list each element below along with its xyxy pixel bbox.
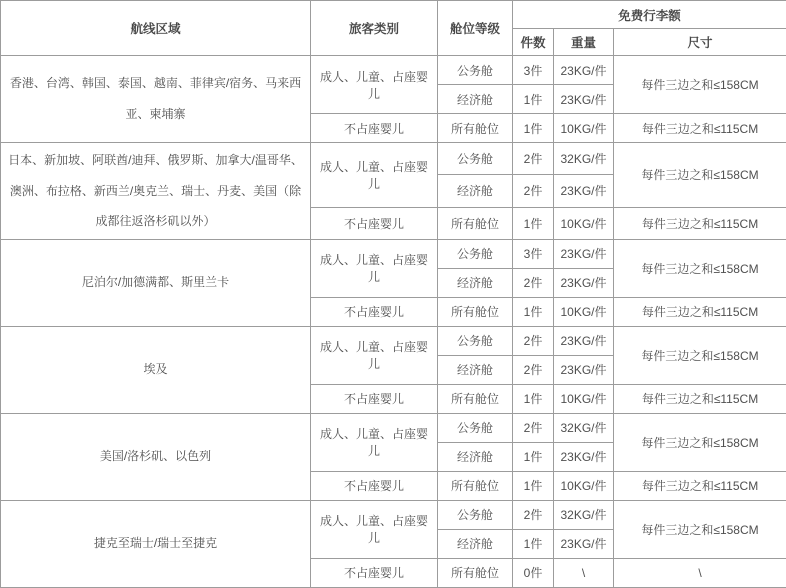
cabin-cell: 公务舱 <box>438 56 513 85</box>
region-cell: 尼泊尔/加德满都、斯里兰卡 <box>1 239 311 326</box>
weight-cell: 23KG/件 <box>554 85 614 114</box>
weight-cell: 10KG/件 <box>554 207 614 239</box>
table-row: 尼泊尔/加德满都、斯里兰卡 成人、儿童、占座婴儿 公务舱 3件 23KG/件 每… <box>1 239 786 268</box>
pieces-cell: 1件 <box>513 384 554 413</box>
region-cell: 埃及 <box>1 326 311 413</box>
weight-cell: 23KG/件 <box>554 56 614 85</box>
cabin-cell: 所有舱位 <box>438 114 513 143</box>
passenger-cell: 不占座婴儿 <box>311 114 438 143</box>
cabin-cell: 所有舱位 <box>438 471 513 500</box>
weight-cell: 23KG/件 <box>554 355 614 384</box>
pieces-cell: 1件 <box>513 442 554 471</box>
size-cell: 每件三边之和≤158CM <box>614 56 786 114</box>
cabin-cell: 公务舱 <box>438 500 513 529</box>
weight-cell: 32KG/件 <box>554 143 614 175</box>
weight-cell: 23KG/件 <box>554 529 614 558</box>
cabin-cell: 经济舱 <box>438 355 513 384</box>
pieces-cell: 2件 <box>513 268 554 297</box>
weight-cell: 23KG/件 <box>554 268 614 297</box>
passenger-cell: 不占座婴儿 <box>311 471 438 500</box>
table-row: 埃及 成人、儿童、占座婴儿 公务舱 2件 23KG/件 每件三边之和≤158CM <box>1 326 786 355</box>
passenger-cell: 成人、儿童、占座婴儿 <box>311 56 438 114</box>
weight-cell: 23KG/件 <box>554 175 614 207</box>
weight-cell: 10KG/件 <box>554 471 614 500</box>
header-size: 尺寸 <box>614 29 786 56</box>
pieces-cell: 1件 <box>513 207 554 239</box>
header-cabin-class: 舱位等级 <box>438 1 513 56</box>
weight-cell: 23KG/件 <box>554 442 614 471</box>
pieces-cell: 2件 <box>513 143 554 175</box>
passenger-cell: 不占座婴儿 <box>311 297 438 326</box>
passenger-cell: 成人、儿童、占座婴儿 <box>311 239 438 297</box>
size-cell: 每件三边之和≤115CM <box>614 114 786 143</box>
pieces-cell: 1件 <box>513 297 554 326</box>
pieces-cell: 3件 <box>513 56 554 85</box>
weight-cell: 10KG/件 <box>554 114 614 143</box>
cabin-cell: 所有舱位 <box>438 207 513 239</box>
passenger-cell: 成人、儿童、占座婴儿 <box>311 413 438 471</box>
weight-cell: 32KG/件 <box>554 500 614 529</box>
weight-cell: 23KG/件 <box>554 239 614 268</box>
size-cell: 每件三边之和≤158CM <box>614 500 786 558</box>
size-cell: 每件三边之和≤115CM <box>614 297 786 326</box>
pieces-cell: 1件 <box>513 114 554 143</box>
passenger-cell: 成人、儿童、占座婴儿 <box>311 326 438 384</box>
table-row: 日本、新加坡、阿联酋/迪拜、俄罗斯、加拿大/温哥华、澳洲、布拉格、新西兰/奥克兰… <box>1 143 786 175</box>
weight-cell: 32KG/件 <box>554 413 614 442</box>
region-cell: 香港、台湾、韩国、泰国、越南、菲律宾/宿务、马来西亚、柬埔寨 <box>1 56 311 143</box>
cabin-cell: 所有舱位 <box>438 297 513 326</box>
table-row: 香港、台湾、韩国、泰国、越南、菲律宾/宿务、马来西亚、柬埔寨 成人、儿童、占座婴… <box>1 56 786 85</box>
region-cell: 捷克至瑞士/瑞士至捷克 <box>1 500 311 587</box>
cabin-cell: 经济舱 <box>438 442 513 471</box>
passenger-cell: 不占座婴儿 <box>311 384 438 413</box>
weight-cell: 10KG/件 <box>554 384 614 413</box>
weight-cell: 23KG/件 <box>554 326 614 355</box>
size-cell: 每件三边之和≤158CM <box>614 143 786 208</box>
pieces-cell: 1件 <box>513 85 554 114</box>
pieces-cell: 2件 <box>513 413 554 442</box>
pieces-cell: 2件 <box>513 500 554 529</box>
passenger-cell: 成人、儿童、占座婴儿 <box>311 143 438 208</box>
region-cell: 美国/洛杉矶、以色列 <box>1 413 311 500</box>
cabin-cell: 公务舱 <box>438 143 513 175</box>
pieces-cell: 2件 <box>513 355 554 384</box>
cabin-cell: 经济舱 <box>438 85 513 114</box>
cabin-cell: 经济舱 <box>438 175 513 207</box>
pieces-cell: 2件 <box>513 326 554 355</box>
header-route-region: 航线区域 <box>1 1 311 56</box>
table-row: 捷克至瑞士/瑞士至捷克 成人、儿童、占座婴儿 公务舱 2件 32KG/件 每件三… <box>1 500 786 529</box>
cabin-cell: 公务舱 <box>438 413 513 442</box>
pieces-cell: 2件 <box>513 175 554 207</box>
size-cell: 每件三边之和≤158CM <box>614 413 786 471</box>
cabin-cell: 经济舱 <box>438 529 513 558</box>
pieces-cell: 1件 <box>513 529 554 558</box>
size-cell: 每件三边之和≤115CM <box>614 384 786 413</box>
cabin-cell: 公务舱 <box>438 239 513 268</box>
cabin-cell: 所有舱位 <box>438 384 513 413</box>
table-row: 美国/洛杉矶、以色列 成人、儿童、占座婴儿 公务舱 2件 32KG/件 每件三边… <box>1 413 786 442</box>
passenger-cell: 成人、儿童、占座婴儿 <box>311 500 438 558</box>
cabin-cell: 经济舱 <box>438 268 513 297</box>
header-passenger-type: 旅客类别 <box>311 1 438 56</box>
weight-cell: 10KG/件 <box>554 297 614 326</box>
size-cell: 每件三边之和≤115CM <box>614 207 786 239</box>
size-cell: 每件三边之和≤115CM <box>614 471 786 500</box>
size-cell: 每件三边之和≤158CM <box>614 326 786 384</box>
header-pieces: 件数 <box>513 29 554 56</box>
cabin-cell: 公务舱 <box>438 326 513 355</box>
header-free-baggage: 免费行李额 <box>513 1 786 29</box>
pieces-cell: 1件 <box>513 471 554 500</box>
passenger-cell: 不占座婴儿 <box>311 207 438 239</box>
region-cell: 日本、新加坡、阿联酋/迪拜、俄罗斯、加拿大/温哥华、澳洲、布拉格、新西兰/奥克兰… <box>1 143 311 240</box>
pieces-cell: 3件 <box>513 239 554 268</box>
size-cell: 每件三边之和≤158CM <box>614 239 786 297</box>
baggage-allowance-table: 航线区域 旅客类别 舱位等级 免费行李额 件数 重量 尺寸 香港、台湾、韩国、泰… <box>0 0 786 588</box>
header-weight: 重量 <box>554 29 614 56</box>
